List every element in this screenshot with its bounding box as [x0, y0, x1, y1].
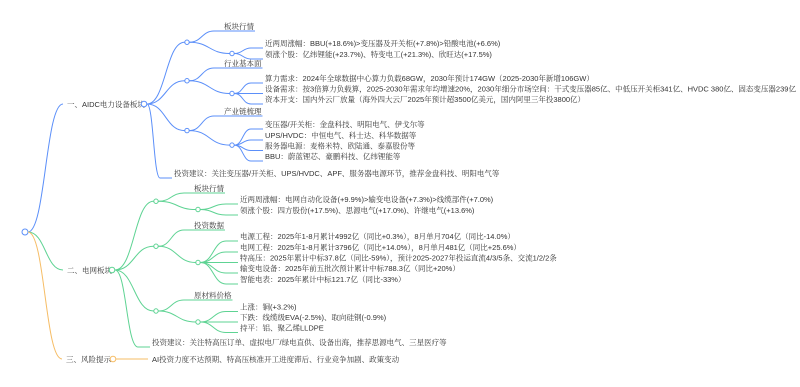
- group-junction[interactable]: [185, 79, 189, 83]
- group-junction[interactable]: [154, 199, 158, 203]
- leaf-link: [201, 210, 227, 216]
- branch-label: 一、AIDC电力设备板块: [67, 99, 145, 109]
- leaf-text: UPS/HVDC：中恒电气、科士达、科华数据等: [265, 130, 417, 140]
- leaf-link: [235, 94, 252, 105]
- leaf-text: 输变电设备：2025年前五批次预计累计中标788.3亿（同比+20%）: [240, 263, 460, 273]
- child-junction[interactable]: [196, 260, 200, 264]
- leaf-text: 持平：铝、聚乙烯LLDPE: [240, 323, 324, 333]
- group-label: 产业链梳理: [224, 106, 262, 116]
- leaf-link: [201, 322, 227, 333]
- branch-node[interactable]: [110, 356, 116, 362]
- branch-node[interactable]: [141, 101, 147, 107]
- label-link: [190, 68, 215, 81]
- child-junction-link: [190, 42, 230, 53]
- mindmap-svg: 一、AIDC电力设备板块板块行情近两周涨幅：BBU(+18.6%)>变压器及开关…: [0, 0, 800, 387]
- branch-label: 三、风险提示: [66, 354, 111, 364]
- group-label: 板块行情: [224, 21, 254, 31]
- leaf-text: 上涨：铜(+3.2%): [240, 302, 297, 312]
- group-link: [115, 246, 154, 270]
- leaf-link: [201, 263, 227, 285]
- leaf-text: 特高压：2025年累计中标37.8亿（同比-59%），预计2025-2027年投…: [240, 253, 557, 264]
- leaf-link: [201, 241, 227, 263]
- child-junction-link: [190, 131, 230, 146]
- leaf-text: 领涨个股：四方股份(+17.5%)、思源电气(+17.0%)、许继电气(+13.…: [240, 205, 475, 215]
- label-link: [159, 300, 185, 311]
- leaf-text: 智能电表：2025年累计中标121.7亿（同比-33%）: [240, 274, 405, 284]
- branch-label: 二、电网板块: [67, 265, 112, 275]
- group-link: [147, 81, 185, 104]
- note-text: 投资建议：关注变压器/开关柜、UPS/HVDC、APF、服务器电源环节，推荐金盘…: [174, 168, 500, 179]
- root-link: [28, 104, 63, 232]
- group-label: 投资数据: [194, 220, 224, 230]
- leaf-text: 电源工程：2025年1-8月累计4992亿（同比+0.3%），8月单月704亿（…: [240, 231, 515, 242]
- leaf-text: BBU：蔚蓝锂芯、豪鹏科技、亿纬锂能等: [265, 151, 401, 161]
- leaf-link: [201, 204, 227, 210]
- group-label: 原材料价格: [194, 290, 232, 300]
- label-link: [159, 193, 185, 201]
- leaf-link: [201, 312, 227, 323]
- group-link: [147, 42, 185, 104]
- leaf-link: [201, 263, 227, 274]
- leaf-text: 算力需求：2024年全球数据中心算力负载68GW，2030年预计174GW（20…: [265, 73, 594, 84]
- label-link: [159, 230, 185, 246]
- child-junction[interactable]: [196, 207, 200, 211]
- mindmap: 一、AIDC电力设备板块板块行情近两周涨幅：BBU(+18.6%)>变压器及开关…: [0, 0, 800, 387]
- group-label: 行业基本面: [224, 58, 262, 68]
- child-junction-link: [190, 81, 230, 94]
- leaf-text: 变压器/开关柜：金盘科技、明阳电气、伊戈尔等: [265, 119, 425, 129]
- leaf-text: 资本开支：国内外云厂放量（海外四大云厂2025年预计超3500亿美元，国内阿里三…: [265, 94, 585, 105]
- note-text: AI投资力度不达预期、特高压核准开工进度滞后、行业竞争加剧、政策变动: [152, 354, 400, 364]
- leaf-link: [201, 252, 227, 263]
- leaf-text: 近两周涨幅：电网自动化设备(+9.9%)>输变电设备(+7.3%)>线缆部件(+…: [240, 194, 494, 204]
- label-link: [190, 31, 215, 42]
- group-junction[interactable]: [185, 128, 189, 132]
- note-link: [115, 270, 138, 347]
- child-junction[interactable]: [230, 143, 234, 147]
- child-junction-link: [159, 311, 196, 322]
- child-junction-link: [159, 201, 196, 209]
- group-junction[interactable]: [154, 309, 158, 313]
- leaf-text: 下跌：线缆级EVA(-2.5%)、取向硅钢(-0.9%): [240, 312, 387, 322]
- child-junction[interactable]: [196, 320, 200, 324]
- note-text: 投资建议：关注特高压订单、虚拟电厂/绿电直供、设备出海，推荐思源电气、三星医疗等: [152, 337, 447, 348]
- child-junction[interactable]: [230, 51, 234, 55]
- leaf-text: 领涨个股：亿纬锂能(+23.7%)、特变电工(+21.3%)、欣旺达(+17.5…: [265, 49, 492, 59]
- leaf-text: 服务器电源：麦格米特、欧陆通、泰嘉股份等: [265, 141, 415, 151]
- child-junction-link: [159, 246, 196, 262]
- group-link: [115, 270, 154, 311]
- leaf-link: [235, 83, 252, 94]
- group-label: 板块行情: [194, 183, 224, 193]
- note-link: [147, 104, 160, 178]
- label-link: [190, 116, 215, 131]
- leaf-text: 设备需求：按3倍算力负载算，2025-2030年需求年均增速20%，2030年细…: [265, 84, 796, 95]
- branch-node[interactable]: [109, 267, 115, 273]
- group-link: [115, 201, 154, 270]
- leaf-text: 电网工程：2025年1-8月累计3796亿（同比+14.0%），8月单月481亿…: [240, 242, 521, 253]
- root-node[interactable]: [22, 229, 28, 235]
- group-junction[interactable]: [185, 40, 189, 44]
- group-junction[interactable]: [154, 244, 158, 248]
- leaf-text: 近两周涨幅：BBU(+18.6%)>变压器及开关柜(+7.8%)>铅酸电池(+6…: [265, 38, 501, 48]
- child-junction[interactable]: [230, 91, 234, 95]
- leaf-link: [235, 48, 252, 54]
